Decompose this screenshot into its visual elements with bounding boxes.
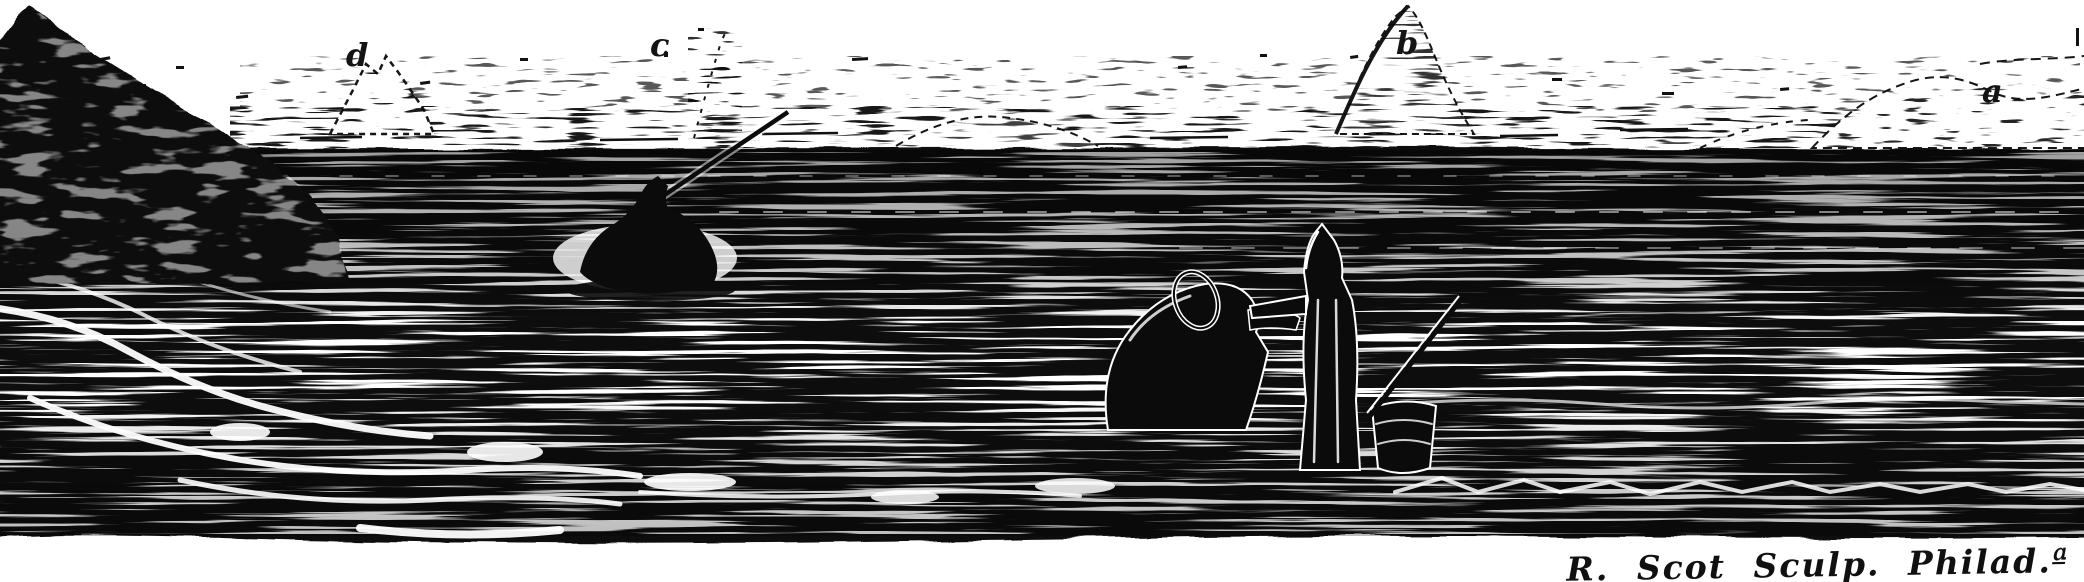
- plate-edge-mark: [2076, 28, 2079, 46]
- basket: [1372, 401, 1436, 473]
- iceberg-peak-c: [688, 28, 742, 140]
- distant-shoreline-band: [230, 106, 2084, 148]
- peak-label-a: a: [1982, 72, 2003, 110]
- peak-label-d: d: [346, 36, 368, 74]
- peak-label-b: b: [1396, 24, 1418, 62]
- engraving-plate: d c b a R. Scot Sculp. Philad.ª: [0, 0, 2084, 582]
- distant-speckle-texture: [230, 106, 2084, 148]
- peak-label-c: c: [650, 26, 669, 64]
- sky-speckle-texture: [240, 56, 2080, 112]
